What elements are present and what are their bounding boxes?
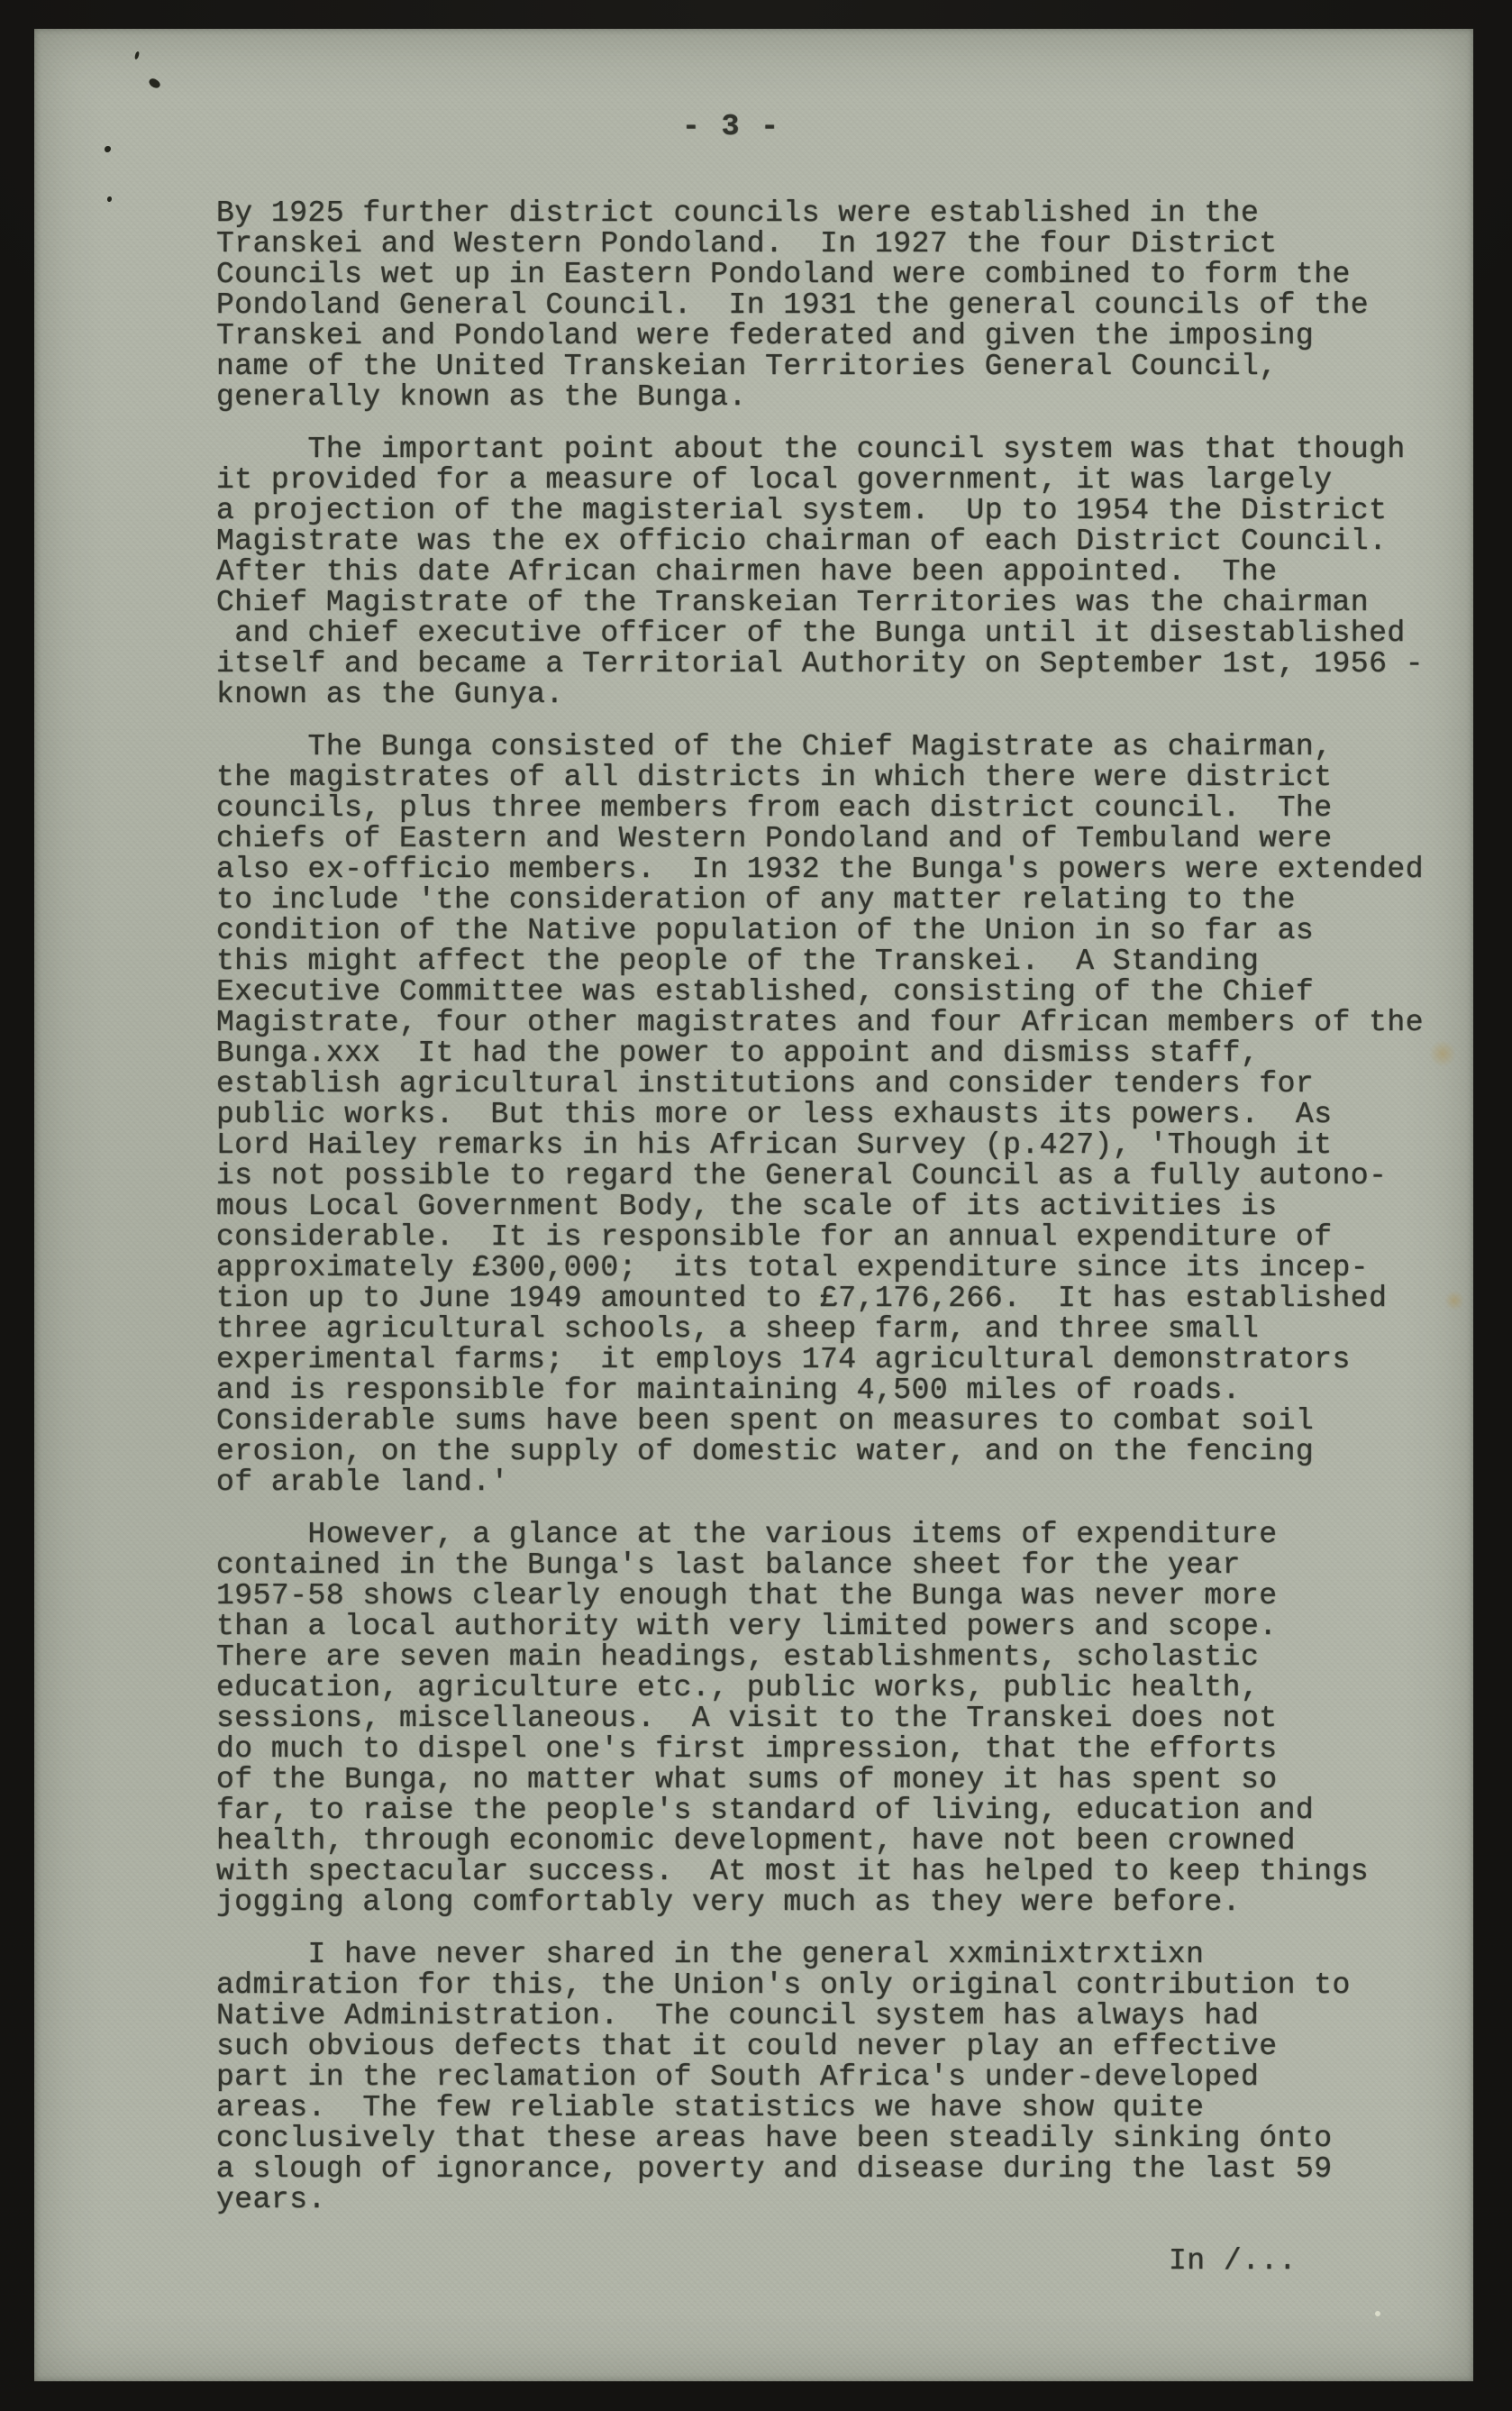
scan-speck: [148, 77, 162, 90]
scan-speck: [134, 51, 140, 60]
paragraph-1: By 1925 further district councils were e…: [216, 198, 1473, 413]
paper-fleck: [1375, 2311, 1380, 2316]
paragraph-2: The important point about the council sy…: [216, 434, 1473, 710]
scanned-document-page: - 3 - By 1925 further district councils …: [34, 29, 1473, 2381]
page-content: - 3 - By 1925 further district councils …: [216, 29, 1473, 2277]
scan-speck: [107, 196, 112, 202]
scan-speck: [105, 146, 111, 152]
page-number: - 3 -: [682, 112, 1473, 142]
paragraph-4: However, a glance at the various items o…: [216, 1520, 1473, 1918]
paragraph-5: I have never shared in the general xxmin…: [216, 1940, 1473, 2215]
catchword-continuation: In /...: [1169, 2246, 1473, 2277]
paragraph-3: The Bunga consisted of the Chief Magistr…: [216, 732, 1473, 1498]
